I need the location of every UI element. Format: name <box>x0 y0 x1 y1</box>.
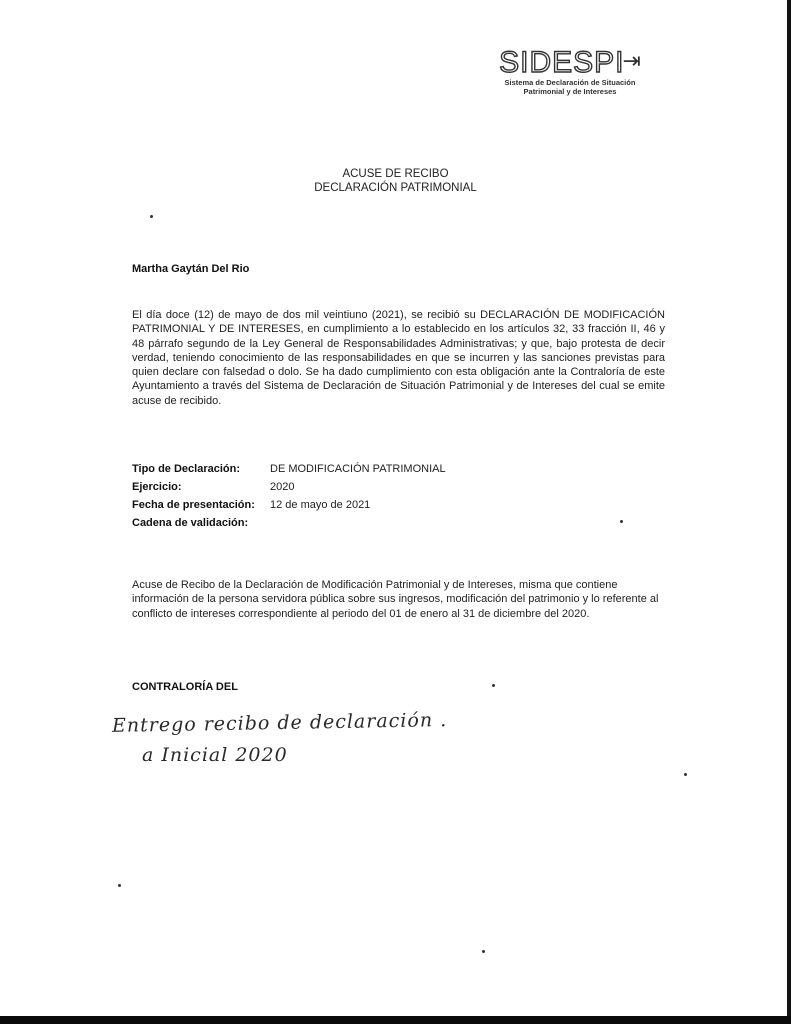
field-value: DE MODIFICACIÓN PATRIMONIAL <box>270 460 446 478</box>
signature-label: CONTRALORÍA DEL <box>132 681 238 693</box>
scan-bottom-band <box>0 1016 791 1024</box>
sidespi-logo: SIDESPI⇥ Sistema de Declaración de Situa… <box>490 48 650 96</box>
field-label: Ejercicio: <box>132 478 270 496</box>
field-value: 12 de mayo de 2021 <box>270 496 370 514</box>
handwritten-note-line2: a Inicial 2020 <box>142 744 288 766</box>
field-label: Cadena de validación: <box>132 514 270 532</box>
field-fecha-presentacion: Fecha de presentación: 12 de mayo de 202… <box>132 496 446 514</box>
declaration-fields: Tipo de Declaración: DE MODIFICACIÓN PAT… <box>132 460 446 532</box>
scan-speck <box>492 684 495 687</box>
field-tipo-declaracion: Tipo de Declaración: DE MODIFICACIÓN PAT… <box>132 460 446 478</box>
document-subtitle: DECLARACIÓN PATRIMONIAL <box>0 182 791 194</box>
scan-speck <box>150 215 153 218</box>
arrow-icon: ⇥ <box>622 48 640 74</box>
field-label: Fecha de presentación: <box>132 496 270 514</box>
logo-wordmark: SIDESPI <box>499 48 624 78</box>
document-title: ACUSE DE RECIBO <box>0 168 791 180</box>
scan-speck <box>118 884 121 887</box>
body-paragraph-2: Acuse de Recibo de la Declaración de Mod… <box>132 578 672 621</box>
body-paragraph-1: El día doce (12) de mayo de dos mil vein… <box>132 308 665 408</box>
logo-subtitle-line2: Patrimonial y de Intereses <box>490 87 650 96</box>
scan-speck <box>620 520 623 523</box>
logo-subtitle-line1: Sistema de Declaración de Situación <box>490 78 650 87</box>
recipient-name: Martha Gaytán Del Rio <box>132 263 249 275</box>
handwritten-note-line1: Entrego recibo de declaración . <box>112 709 448 737</box>
field-cadena-validacion: Cadena de validación: <box>132 514 446 532</box>
scan-right-edge <box>787 0 791 1024</box>
field-value: 2020 <box>270 478 294 496</box>
scan-speck <box>684 773 687 776</box>
field-label: Tipo de Declaración: <box>132 460 270 478</box>
field-ejercicio: Ejercicio: 2020 <box>132 478 446 496</box>
scan-speck <box>482 950 485 953</box>
